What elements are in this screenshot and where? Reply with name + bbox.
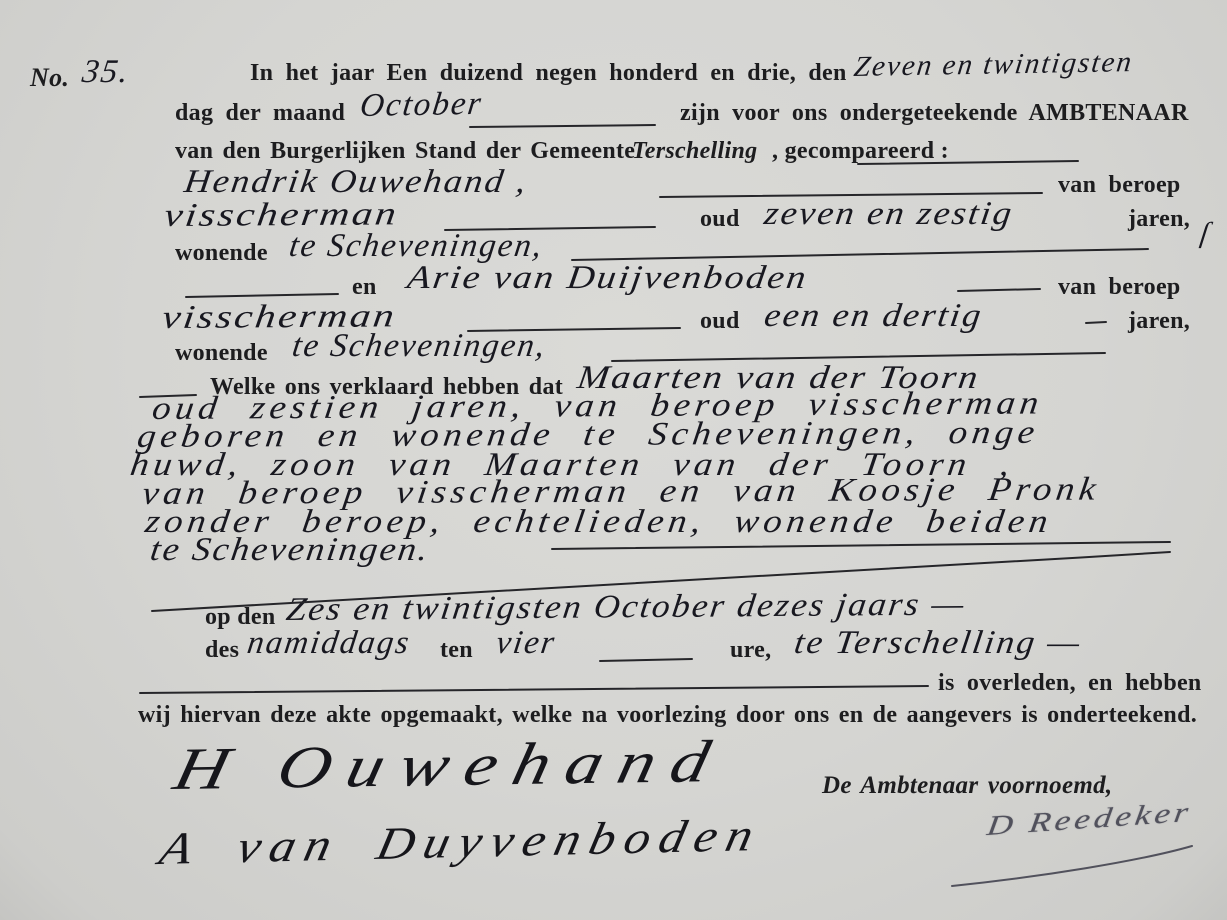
dash-declarant2-name (958, 289, 1040, 291)
margin-stray-mark: ſ (1198, 218, 1213, 250)
act-number-label: No. (30, 64, 69, 93)
intro-line1-handwritten-day: Zeven en twintigsten (852, 47, 1135, 84)
fill-line-hour (600, 659, 692, 661)
declarant2-residence: te Scheveningen, (290, 328, 549, 364)
death-des-label: des (205, 637, 239, 663)
declarant2-name: Arie van Duijvenboden (405, 260, 810, 296)
death-ure-label: ure, (730, 637, 771, 663)
witness2-signature: A van Duyvenboden (155, 810, 767, 875)
fill-line-declarant2-lead (186, 294, 338, 297)
declarant2-wonende-label: wonende (175, 340, 268, 366)
declarant1-name: Hendrik Ouwehand , (182, 164, 530, 200)
death-hour: vier (494, 625, 558, 661)
intro-line3-printed1: van den Burgerlijken Stand der Gemeente (175, 138, 635, 164)
strikeout-wedge-top (552, 542, 1170, 549)
officer-title: De Ambtenaar voornoemd, (822, 772, 1112, 800)
declarant1-residence: te Scheveningen, (287, 228, 546, 264)
declarant1-age: zeven en zestig (762, 196, 1016, 232)
dash-declarant2-age (1086, 322, 1106, 323)
declarant1-oud-label: oud (700, 206, 740, 232)
declarant2-age: een en dertig (762, 298, 985, 334)
fill-line-declarant1-residence (572, 249, 1148, 260)
death-date: Zes en twintigsten October dezes jaars — (284, 587, 968, 629)
intro-line2-handwritten-month: October (358, 86, 485, 124)
declarant1-jaren-label: jaren, (1128, 206, 1190, 232)
death-ten-label: ten (440, 637, 473, 663)
intro-line1-printed: In het jaar Een duizend negen honderd en… (250, 60, 847, 86)
declarant1-wonende-label: wonende (175, 240, 268, 266)
intro-line2-printed2: zijn voor ons ondergeteekende AMBTENAAR (680, 100, 1189, 126)
death-certificate-scan: No. 35. In het jaar Een duizend negen ho… (0, 0, 1227, 920)
declarant2-van-beroep-label: van beroep (1058, 274, 1181, 300)
intro-line2-printed1: dag der maand (175, 100, 345, 126)
witness1-signature: H Ouwehand (168, 728, 732, 802)
fill-line-overleden (140, 686, 928, 693)
closing-line: wij hiervan deze akte opgemaakt, welke n… (138, 702, 1197, 728)
intro-line3-printed2: , gecompareerd : (772, 138, 949, 164)
officer-signature-flourish (952, 846, 1192, 886)
act-number-value: 35. (80, 54, 132, 90)
death-overleden-label: is overleden, en hebben (938, 670, 1202, 696)
death-daypart: namiddags (245, 625, 413, 661)
declarant1-van-beroep-label: van beroep (1058, 172, 1181, 198)
officer-signature: D Reedeker (985, 798, 1194, 843)
municipality-name: Terschelling (632, 138, 757, 164)
fill-line-month (470, 125, 655, 127)
declaration-line7: te Scheveningen. (148, 532, 432, 568)
death-place: te Terschelling — (792, 625, 1084, 661)
declarant2-en-label: en (352, 274, 377, 300)
declarant2-jaren-label: jaren, (1128, 308, 1190, 334)
declarant2-oud-label: oud (700, 308, 740, 334)
